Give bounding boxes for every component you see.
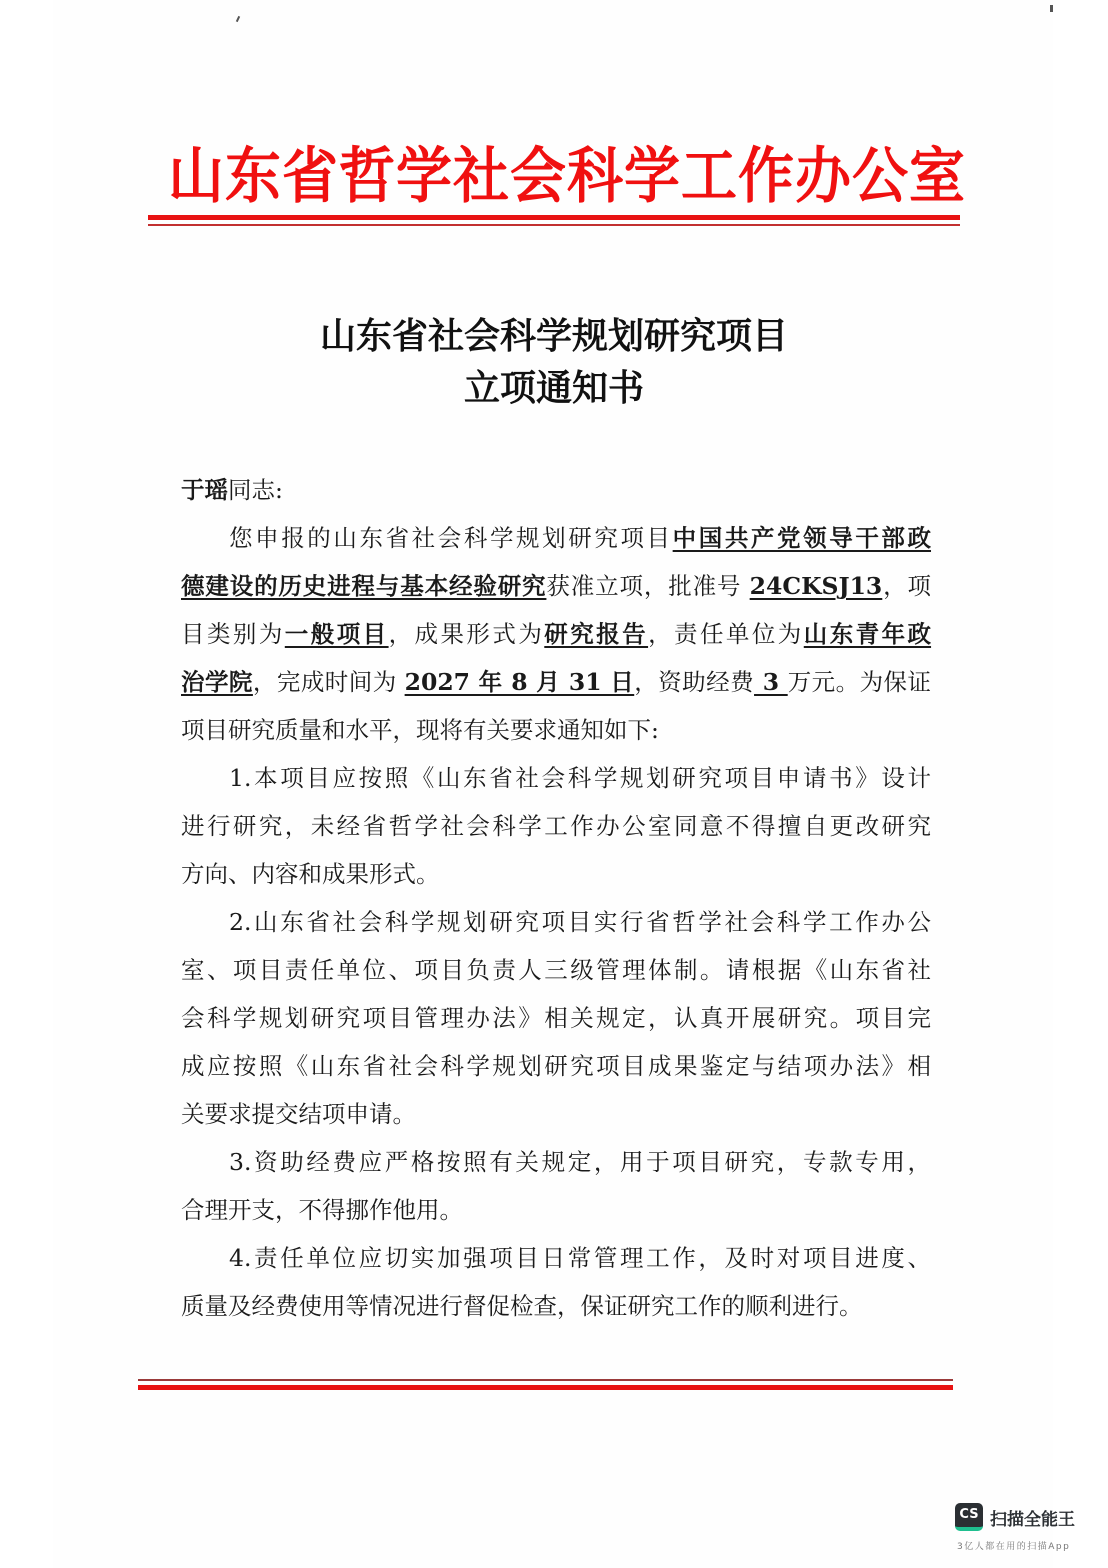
footer-rule-thick <box>138 1385 953 1390</box>
requirement-4-line: 质量及经费使用等情况进行督促检查，保证研究工作的顺利进行。 <box>181 1282 931 1330</box>
scan-speck <box>1050 5 1053 12</box>
document-title-line1: 山东省社会科学规划研究项目 <box>0 310 1108 362</box>
funding-amount: 3 <box>754 668 788 696</box>
footer-rule-thin <box>138 1379 953 1381</box>
intro-line-4: 治学院，完成时间为 2027 年 8 月 31 日，资助经费 3 万元。为保证 <box>181 658 931 706</box>
requirement-2-line: 会科学规划研究项目管理办法》相关规定，认真开展研究。项目完 <box>181 994 931 1042</box>
requirement-4-line: 4.责任单位应切实加强项目日常管理工作，及时对项目进度、 <box>181 1234 931 1282</box>
letterhead-rule-thick <box>148 215 960 220</box>
requirement-2-line: 关要求提交结项申请。 <box>181 1090 931 1138</box>
scanner-watermark: CS 扫描全能王 3亿人都在用的扫描App <box>955 1503 1095 1558</box>
watermark-tagline: 3亿人都在用的扫描App <box>957 1539 1070 1552</box>
recipient-name: 于瑶 <box>181 476 228 504</box>
intro-line-3: 目类别为一般项目，成果形式为研究报告，责任单位为山东青年政 <box>181 610 931 658</box>
requirement-1-line: 1.本项目应按照《山东省社会科学规划研究项目申请书》设计 <box>181 754 931 802</box>
intro-text: ，成果形式为 <box>389 620 545 648</box>
responsible-unit: 山东青年政 <box>804 620 931 648</box>
project-name-cont: 德建设的历史进程与基本经验研究 <box>181 572 546 600</box>
intro-text: 获准立项，批准号 <box>546 572 749 600</box>
completion-deadline: 2027 年 8 月 31 日 <box>405 668 635 696</box>
requirement-3-line: 合理开支，不得挪作他用。 <box>181 1186 931 1234</box>
watermark-app-name: 扫描全能王 <box>990 1505 1075 1530</box>
camscanner-logo-icon: CS <box>955 1503 983 1531</box>
intro-line-5: 项目研究质量和水平，现将有关要求通知如下: <box>181 706 931 754</box>
document-body: 于瑶同志: 您申报的山东省社会科学规划研究项目中国共产党领导干部政 德建设的历史… <box>181 466 931 1330</box>
salutation-suffix: 同志: <box>228 476 283 504</box>
intro-text: 目类别为 <box>181 620 285 648</box>
result-form: 研究报告 <box>544 620 648 648</box>
letterhead-rule-thin <box>148 224 960 226</box>
intro-text: ，完成时间为 <box>253 668 405 696</box>
intro-line-1: 您申报的山东省社会科学规划研究项目中国共产党领导干部政 <box>181 514 931 562</box>
salutation: 于瑶同志: <box>181 466 931 514</box>
letterhead-org-name: 山东省哲学社会科学工作办公室 <box>168 138 948 214</box>
project-category: 一般项目 <box>285 620 389 648</box>
intro-text: 万元。为保证 <box>788 668 931 696</box>
project-name: 中国共产党领导干部政 <box>673 524 931 552</box>
approval-number: 24CKSJ13 <box>750 572 883 600</box>
document-title-line2: 立项通知书 <box>0 362 1108 414</box>
intro-line-2: 德建设的历史进程与基本经验研究获准立项，批准号 24CKSJ13，项 <box>181 562 931 610</box>
intro-text: 您申报的山东省社会科学规划研究项目 <box>229 524 673 552</box>
responsible-unit-cont: 治学院 <box>181 668 253 696</box>
intro-text: ，资助经费 <box>634 668 754 696</box>
requirement-1-line: 方向、内容和成果形式。 <box>181 850 931 898</box>
intro-text: ，项 <box>882 572 931 600</box>
requirement-2-line: 室、项目责任单位、项目负责人三级管理体制。请根据《山东省社 <box>181 946 931 994</box>
requirement-2-line: 2.山东省社会科学规划研究项目实行省哲学社会科学工作办公 <box>181 898 931 946</box>
requirement-2-line: 成应按照《山东省社会科学规划研究项目成果鉴定与结项办法》相 <box>181 1042 931 1090</box>
requirement-1-line: 进行研究，未经省哲学社会科学工作办公室同意不得擅自更改研究 <box>181 802 931 850</box>
intro-text: ，责任单位为 <box>648 620 804 648</box>
requirement-3-line: 3.资助经费应严格按照有关规定，用于项目研究，专款专用， <box>181 1138 931 1186</box>
